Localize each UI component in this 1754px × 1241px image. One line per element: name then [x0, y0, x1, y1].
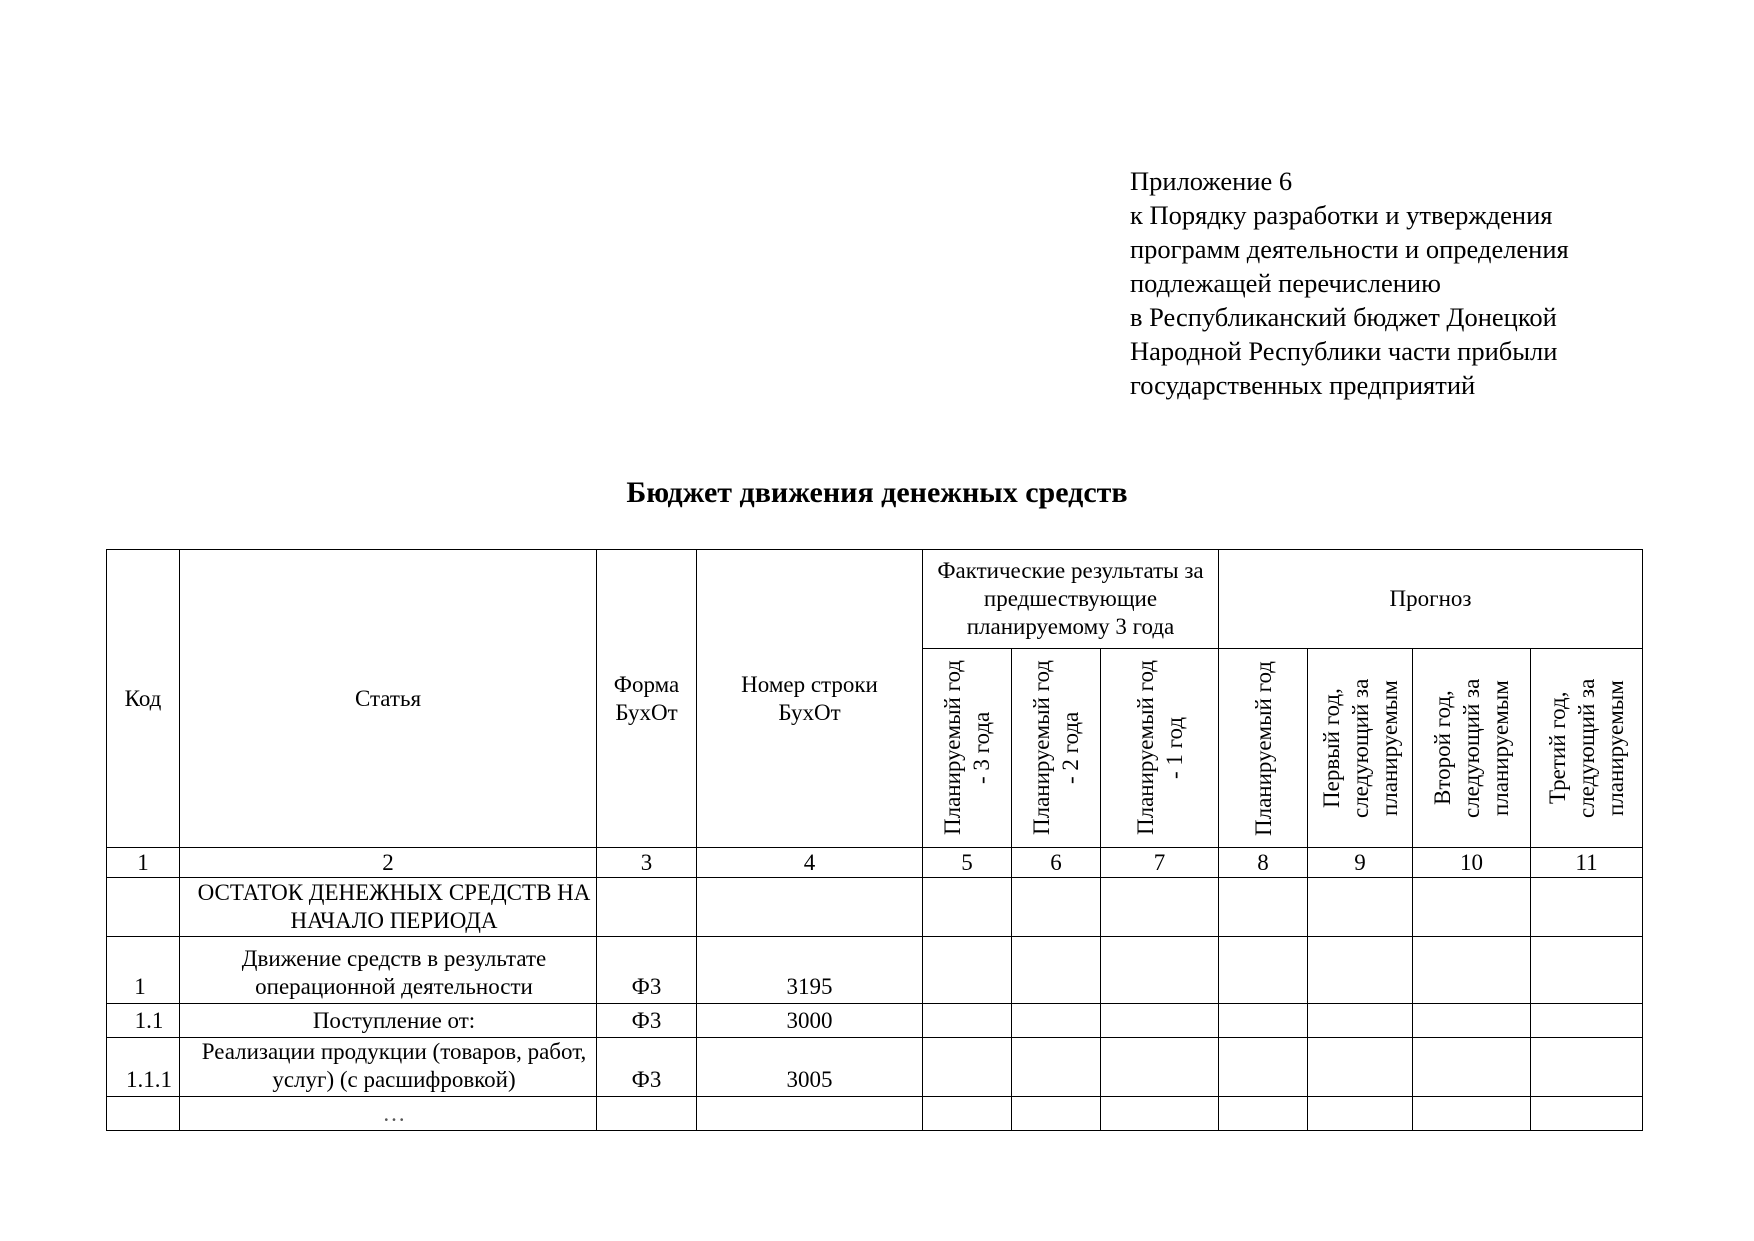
header-forecast-group: Прогноз	[1219, 550, 1643, 649]
cell	[1308, 1097, 1413, 1131]
cell	[1531, 937, 1643, 1004]
cell	[1101, 937, 1219, 1004]
cell	[1413, 878, 1531, 937]
column-number: 8	[1219, 848, 1308, 878]
cell	[1413, 1097, 1531, 1131]
row-article: Движение средств в результате операционн…	[180, 937, 597, 1004]
appendix-line: Народной Республики части прибыли	[1130, 334, 1569, 368]
header-form: Форма БухОт	[597, 550, 697, 848]
row-article: ОСТАТОК ДЕНЕЖНЫХ СРЕДСТВ НА НАЧАЛО ПЕРИО…	[180, 878, 597, 937]
cell	[1219, 1038, 1308, 1097]
column-number: 5	[923, 848, 1012, 878]
appendix-line: программ деятельности и определения	[1130, 232, 1569, 266]
appendix-note: Приложение 6 к Порядку разработки и утве…	[1130, 164, 1569, 402]
row-article: Поступление от:	[180, 1004, 597, 1038]
cell	[923, 937, 1012, 1004]
column-number: 3	[597, 848, 697, 878]
row-form: Ф3	[597, 937, 697, 1004]
column-number-row: 1 2 3 4 5 6 7 8 9 10 11	[107, 848, 1643, 878]
cell	[1308, 878, 1413, 937]
cell	[1531, 1097, 1643, 1131]
cell	[923, 1097, 1012, 1131]
header-actual-col: Планируемый год - 1 год	[1101, 649, 1219, 848]
cell	[1413, 1038, 1531, 1097]
column-number: 1	[107, 848, 180, 878]
column-number: 4	[697, 848, 923, 878]
cell	[1012, 1004, 1101, 1038]
cell	[923, 1004, 1012, 1038]
table-row: 1.1.1 Реализации продукции (товаров, раб…	[107, 1038, 1643, 1097]
header-line-number: Номер строки БухОт	[697, 550, 923, 848]
cell	[1012, 1097, 1101, 1131]
cell	[1413, 937, 1531, 1004]
row-form	[597, 1097, 697, 1131]
cell	[1531, 878, 1643, 937]
row-article: …	[180, 1097, 597, 1131]
appendix-line: в Республиканский бюджет Донецкой	[1130, 300, 1569, 334]
cell	[1012, 878, 1101, 937]
row-article: Реализации продукции (товаров, работ, ус…	[180, 1038, 597, 1097]
header-actual-group: Фактические результаты за предшествующие…	[923, 550, 1219, 649]
cell	[1531, 1004, 1643, 1038]
cell	[1012, 1038, 1101, 1097]
table-row: ОСТАТОК ДЕНЕЖНЫХ СРЕДСТВ НА НАЧАЛО ПЕРИО…	[107, 878, 1643, 937]
row-code: 1	[107, 937, 180, 1004]
table-row: 1 Движение средств в результате операцио…	[107, 937, 1643, 1004]
column-number: 9	[1308, 848, 1413, 878]
header-forecast-col: Третий год, следующий за планируемым	[1531, 649, 1643, 848]
row-form: Ф3	[597, 1038, 697, 1097]
row-code	[107, 1097, 180, 1131]
header-code: Код	[107, 550, 180, 848]
table-row: 1.1 Поступление от: Ф3 3000	[107, 1004, 1643, 1038]
header-forecast-col: Первый год, следующий за планируемым	[1308, 649, 1413, 848]
row-code: 1.1.1	[107, 1038, 180, 1097]
cell	[1219, 1097, 1308, 1131]
cell	[1012, 937, 1101, 1004]
cell	[1219, 878, 1308, 937]
cell	[1101, 1004, 1219, 1038]
cell	[1219, 937, 1308, 1004]
header-actual-col: Планируемый год - 3 года	[923, 649, 1012, 848]
row-form	[597, 878, 697, 937]
header-actual-col: Планируемый год - 2 года	[1012, 649, 1101, 848]
column-number: 11	[1531, 848, 1643, 878]
table-row: …	[107, 1097, 1643, 1131]
header-forecast-col: Планируемый год	[1219, 649, 1308, 848]
cell	[923, 878, 1012, 937]
cell	[1101, 1097, 1219, 1131]
appendix-line: Приложение 6	[1130, 164, 1569, 198]
column-number: 6	[1012, 848, 1101, 878]
cell	[1101, 1038, 1219, 1097]
row-line	[697, 1097, 923, 1131]
row-form: Ф3	[597, 1004, 697, 1038]
appendix-line: государственных предприятий	[1130, 368, 1569, 402]
cell	[1308, 1038, 1413, 1097]
row-code: 1.1	[107, 1004, 180, 1038]
document-title: Бюджет движения денежных средств	[0, 476, 1754, 510]
cell	[1219, 1004, 1308, 1038]
row-code	[107, 878, 180, 937]
header-forecast-col: Второй год, следующий за планируемым	[1413, 649, 1531, 848]
appendix-line: подлежащей перечислению	[1130, 266, 1569, 300]
row-line: 3005	[697, 1038, 923, 1097]
cell	[1101, 878, 1219, 937]
row-line: 3195	[697, 937, 923, 1004]
column-number: 7	[1101, 848, 1219, 878]
appendix-line: к Порядку разработки и утверждения	[1130, 198, 1569, 232]
row-line	[697, 878, 923, 937]
cell	[1531, 1038, 1643, 1097]
row-line: 3000	[697, 1004, 923, 1038]
cell	[1308, 1004, 1413, 1038]
column-number: 10	[1413, 848, 1531, 878]
cell	[923, 1038, 1012, 1097]
cell	[1413, 1004, 1531, 1038]
cell	[1308, 937, 1413, 1004]
column-number: 2	[180, 848, 597, 878]
header-article: Статья	[180, 550, 597, 848]
cash-flow-budget-table: Код Статья Форма БухОт Номер строки БухО…	[106, 549, 1643, 1131]
